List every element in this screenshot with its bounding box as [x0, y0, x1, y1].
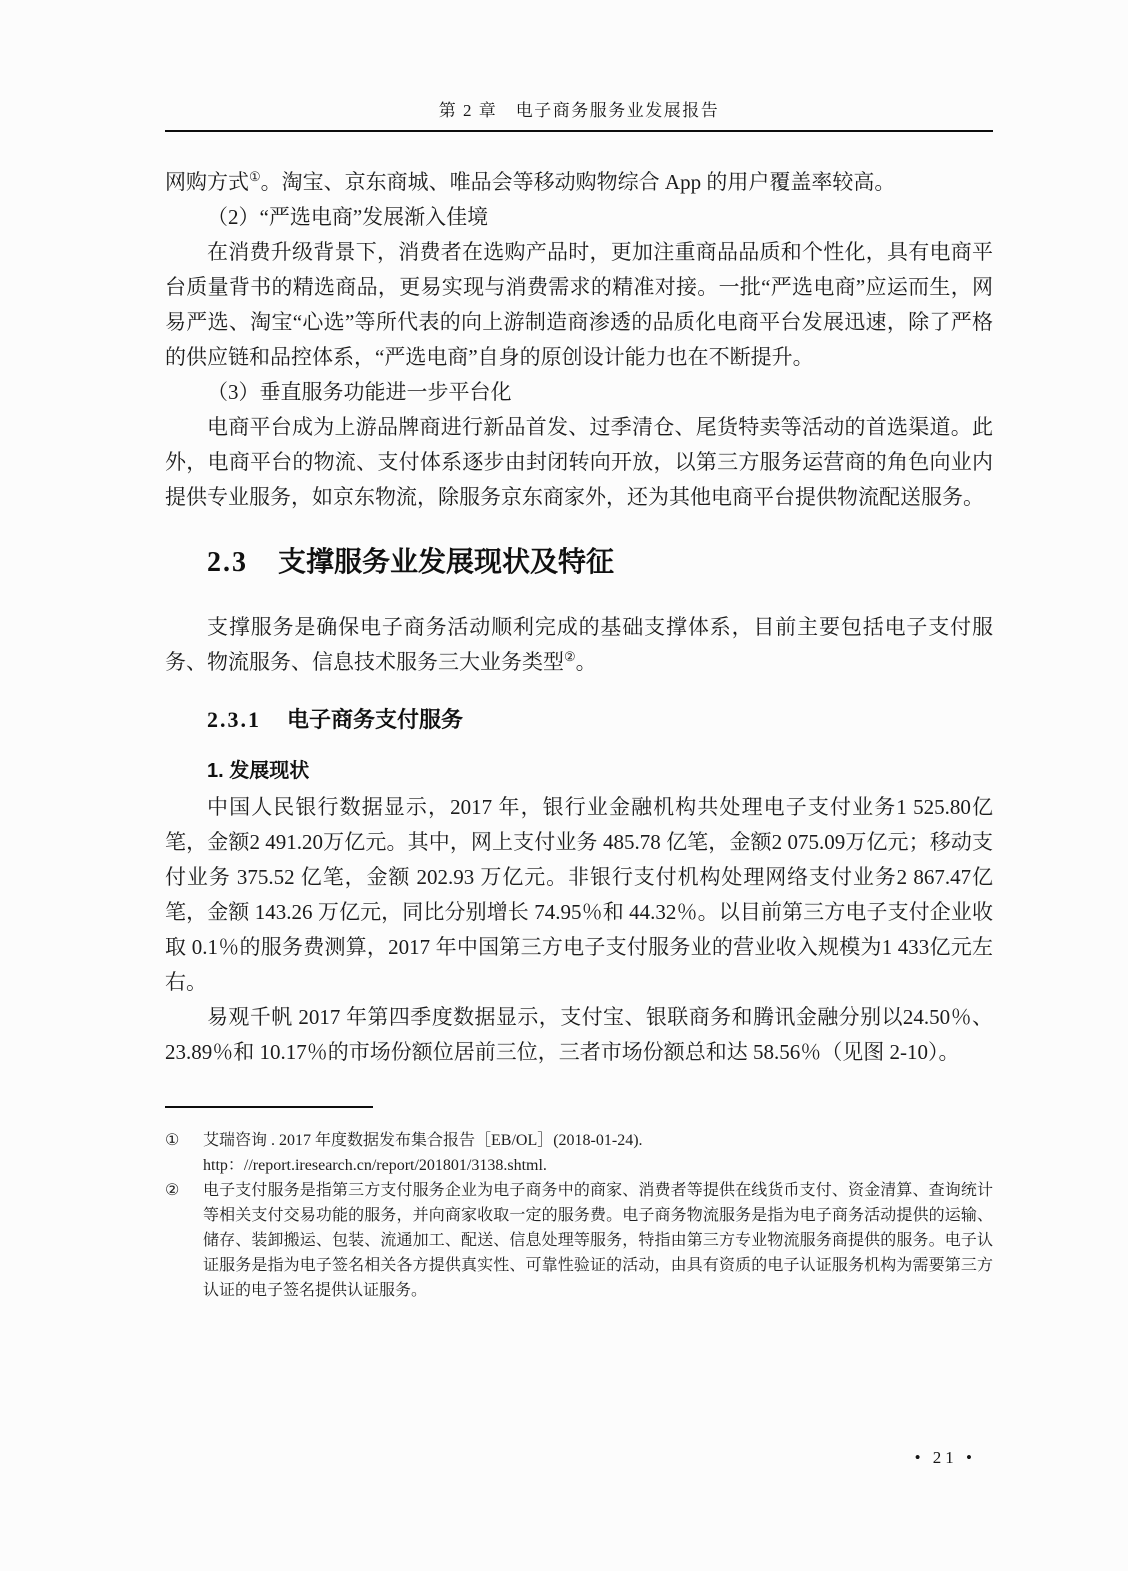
paragraph-text: 。 — [576, 650, 597, 674]
page-number: • 21 • — [915, 1448, 976, 1468]
paragraph-continuation: 网购方式①。淘宝、京东商城、唯品会等移动购物综合 App 的用户覆盖率较高。 — [165, 165, 993, 200]
paragraph-market-share: 易观千帆 2017 年第四季度数据显示，支付宝、银联商务和腾讯金融分别以24.5… — [165, 1000, 993, 1070]
footnote-2-body: 电子支付服务是指第三方支付服务企业为电子商务中的商家、消费者等提供在线货币支付、… — [203, 1178, 993, 1303]
footnote-1-marker: ① — [165, 1128, 203, 1153]
footnote-2: ② 电子支付服务是指第三方支付服务企业为电子商务中的商家、消费者等提供在线货币支… — [165, 1178, 993, 1303]
header-rule — [165, 130, 993, 132]
list-item-2-heading: （2）“严选电商”发展渐入佳境 — [165, 200, 993, 235]
section-number: 2.3 — [207, 547, 248, 578]
document-page: 第 2 章 电子商务服务业发展报告 网购方式①。淘宝、京东商城、唯品会等移动购物… — [0, 0, 1128, 1571]
footnote-ref-1: ① — [249, 169, 261, 184]
subsection-number: 2.3.1 — [207, 707, 261, 732]
footnote-1-url: http：//report.iresearch.cn/report/201801… — [203, 1153, 993, 1178]
running-header: 第 2 章 电子商务服务业发展报告 — [165, 0, 993, 121]
paragraph-yanxuan: 在消费升级背景下，消费者在选购产品时，更加注重商品品质和个性化，具有电商平台质量… — [165, 235, 993, 375]
footnote-2-marker: ② — [165, 1178, 203, 1203]
paragraph-pboc-data: 中国人民银行数据显示，2017 年，银行业金融机构共处理电子支付业务1 525.… — [165, 790, 993, 1000]
footnote-1: ① 艾瑞咨询 . 2017 年度数据发布集合报告［EB/OL］(2018-01-… — [165, 1128, 993, 1178]
footnote-area: ① 艾瑞咨询 . 2017 年度数据发布集合报告［EB/OL］(2018-01-… — [165, 1106, 993, 1303]
paragraph-vertical-services: 电商平台成为上游品牌商进行新品首发、过季清仓、尾货特卖等活动的首选渠道。此外，电… — [165, 410, 993, 515]
footnote-1-citation: 艾瑞咨询 . 2017 年度数据发布集合报告［EB/OL］(2018-01-24… — [203, 1128, 993, 1153]
subsection-title: 电子商务支付服务 — [287, 707, 463, 732]
footnote-ref-2: ② — [564, 649, 576, 664]
subsection-heading-2-3-1: 2.3.1电子商务支付服务 — [165, 706, 993, 734]
section-title: 支撑服务业发展现状及特征 — [278, 546, 614, 577]
point-heading-development-status: 1. 发展现状 — [165, 758, 993, 784]
footnote-1-body: 艾瑞咨询 . 2017 年度数据发布集合报告［EB/OL］(2018-01-24… — [203, 1128, 993, 1178]
list-item-3-heading: （3）垂直服务功能进一步平台化 — [165, 375, 993, 410]
footnote-separator-rule — [165, 1106, 373, 1108]
section-heading-2-3: 2.3支撑服务业发展现状及特征 — [165, 545, 993, 580]
section-intro-paragraph: 支撑服务是确保电子商务活动顺利完成的基础支撑体系，目前主要包括电子支付服务、物流… — [165, 610, 993, 680]
paragraph-text: 网购方式 — [165, 170, 249, 194]
paragraph-text: 。淘宝、京东商城、唯品会等移动购物综合 App 的用户覆盖率较高。 — [261, 170, 896, 194]
